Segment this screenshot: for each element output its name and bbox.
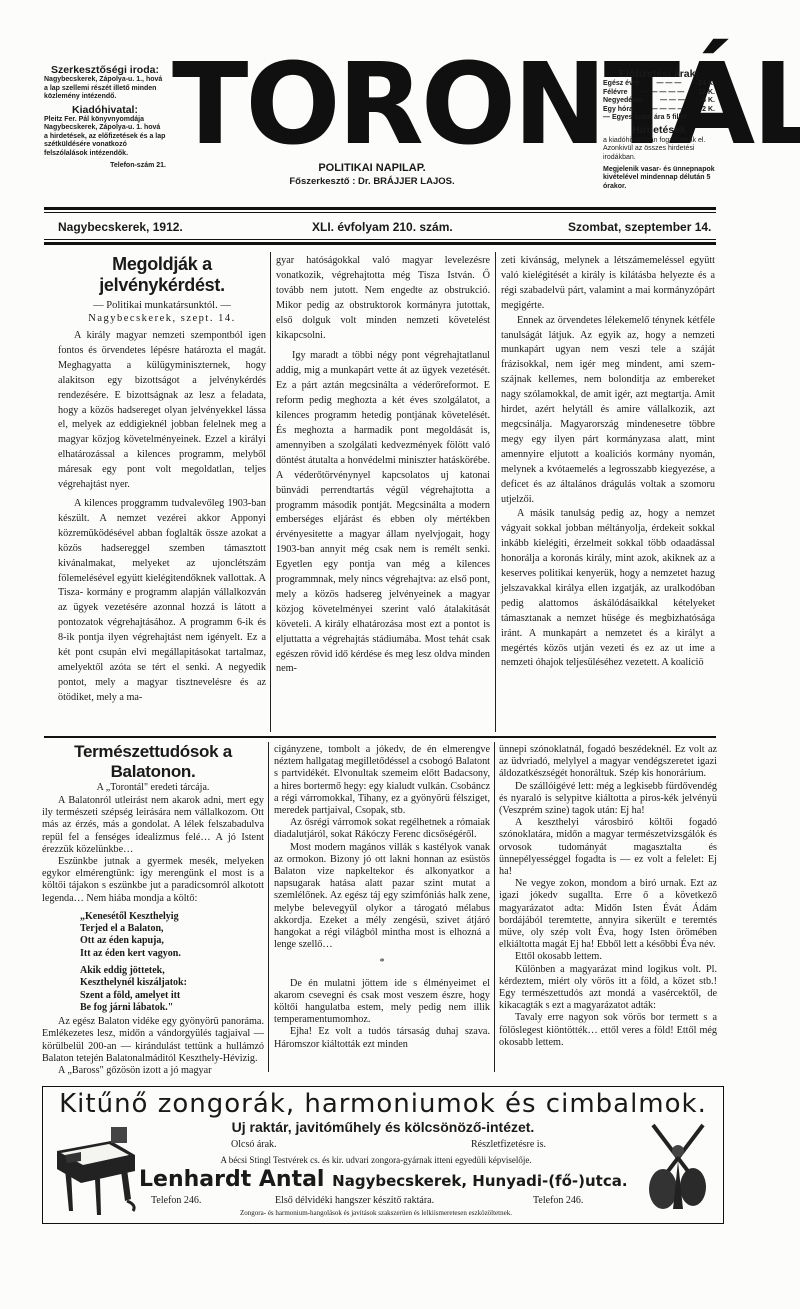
section-rule xyxy=(44,736,716,738)
poem-line: Be fog járni lábatok." xyxy=(80,1002,264,1014)
ad-representative: A bécsi Stingl Testvérek cs. és kir. udv… xyxy=(151,1155,601,1165)
bottom-rule xyxy=(44,242,716,245)
paragraph: Ennek az örvendetes lélekemelő ténynek k… xyxy=(501,314,715,508)
paragraph: A király magyar nemzeti szempontból igen… xyxy=(58,329,266,493)
price-value: 6 K. xyxy=(702,97,715,105)
subscription-heading: Előfizetési árak: xyxy=(603,70,715,78)
price-dash: — — — — — xyxy=(642,89,685,97)
column-divider xyxy=(270,252,271,732)
poem-line: Itt az éden kert vagyon. xyxy=(80,948,264,960)
paragraph: Ne vegye zokon, mondom a biró urnak. Ezt… xyxy=(499,878,717,951)
ad-firm-address: Nagybecskerek, Hunyadi-(fő-)utca. xyxy=(332,1172,627,1190)
publisher-office-heading: Kiadóhivatal: xyxy=(44,106,166,114)
paragraph: A „Baross" gőzösön izott a jó magyar xyxy=(42,1065,264,1077)
paragraph: A másik tanulság pedig az, hogy a nemzet… xyxy=(501,507,715,671)
price-value: 12 K. xyxy=(698,89,715,97)
advertisement-box: Kitűnő zongorák, harmoniumok és cimbalmo… xyxy=(42,1086,724,1224)
poem-line: Szent a föld, amelyet itt xyxy=(80,990,264,1002)
ad-footer: Zongora- és harmonium-hangolások és javi… xyxy=(151,1209,601,1217)
paragraph: Eszünkbe jutnak a gyermek mesék, melyeke… xyxy=(42,856,264,905)
ad-firm-name: Lenhardt Antal xyxy=(139,1167,324,1192)
piano-icon xyxy=(51,1121,139,1217)
price-dash: — — — xyxy=(660,97,685,105)
price-row: Egy hóra— — — —2 K. xyxy=(603,106,715,114)
ad-firm: Lenhardt Antal Nagybecskerek, Hunyadi-(f… xyxy=(139,1167,619,1192)
article-headline: Megoldják a jelvénykérdést. xyxy=(58,254,266,296)
top-rule xyxy=(44,207,716,210)
column-divider xyxy=(494,742,495,1072)
ad-title: Kitűnő zongorák, harmoniumok és cimbalmo… xyxy=(43,1089,723,1119)
paragraph: Igy maradt a többi négy pont végrehajtat… xyxy=(276,349,490,677)
bottom-rule-thin xyxy=(44,239,716,240)
paragraph: Tavaly erre nagyon sok vörös bor termett… xyxy=(499,1012,717,1049)
ad-tagline: Első délvidéki hangszer készitő raktára. xyxy=(275,1195,434,1206)
subscription-box: Előfizetési árak: Egész évre— — —24 K. F… xyxy=(603,70,715,195)
column-divider xyxy=(268,742,269,1072)
ads-heading: Hirdetések xyxy=(603,126,715,134)
poem: „Kenesétől Keszthelyig Terjed el a Balat… xyxy=(42,911,264,1014)
poem-line: Keszthelynél kiszáljatok: xyxy=(80,977,264,989)
paragraph: zeti kivánság, melynek a létszámemelésse… xyxy=(501,254,715,314)
editorial-office-box: Szerkesztőségi iroda: Nagybecskerek, Záp… xyxy=(44,66,166,174)
poem-line: Ott az éden kapuja, xyxy=(80,935,264,947)
paragraph: Ettől okosabb lettem. xyxy=(499,951,717,963)
paragraph: A Balatonról utleirást nem akarok adni, … xyxy=(42,795,264,856)
section-separator: * xyxy=(274,957,490,969)
ad-phone-left: Telefon 246. xyxy=(151,1195,201,1206)
price-dash: — — — — xyxy=(651,106,685,114)
paragraph: Most modern magános villák s kastélyok v… xyxy=(274,842,490,952)
paragraph: Ejha! Ez volt a tudós társaság duhaj sza… xyxy=(274,1026,490,1050)
article-jelveny-col2: gyar hatóságokkal való magyar levelezésr… xyxy=(276,254,490,677)
price-label: Félévre xyxy=(603,89,628,97)
poem-line: Terjed el a Balaton, xyxy=(80,923,264,935)
price-row: Egész évre— — —24 K. xyxy=(603,80,715,88)
article-placedate: Nagybecskerek, szept. 14. xyxy=(58,313,266,324)
dateline-place-year: Nagybecskerek, 1912. xyxy=(58,220,183,234)
price-row: Félévre— — — — —12 K. xyxy=(603,89,715,97)
article-balaton-col3: ünnepi szónoklatnál, fogadó beszédeknél.… xyxy=(499,744,717,1049)
dateline-issue: XLI. évfolyam 210. szám. xyxy=(312,220,453,234)
article-balaton-col1: Természettudósok a Balatonon. A „Torontá… xyxy=(42,742,264,1077)
masthead-logo-block: TORONTÁL POLITIKAI NAPILAP. Főszerkesztő… xyxy=(172,50,572,187)
paragraph: De én mulatni jöttem ide s élményeimet e… xyxy=(274,978,490,1027)
ad-phone-right: Telefon 246. xyxy=(533,1195,583,1206)
article-balaton-col2: cigányzene, tombolt a jókedv, de én elme… xyxy=(274,744,490,1051)
paragraph: gyar hatóságokkal való magyar levelezésr… xyxy=(276,254,490,343)
ad-subtitle: Uj raktár, javitóműhely és kölcsönöző-in… xyxy=(43,1119,723,1135)
price-value: 24 K. xyxy=(698,80,715,88)
paragraph: cigányzene, tombolt a jókedv, de én elme… xyxy=(274,744,490,817)
poem-line: Akik eddig jöttetek, xyxy=(80,965,264,977)
publisher-office-text: Pleitz Fer. Pál könyvnyomdája Nagybecske… xyxy=(44,116,166,158)
price-label: Egy hóra xyxy=(603,106,633,114)
single-issue-price: — Egyes szám ára 5 fillér xyxy=(603,114,715,122)
ad-installments: Részletfizetésre is. xyxy=(471,1139,546,1150)
price-label: Egész évre xyxy=(603,80,640,88)
article-byline: A „Torontál" eredeti tárcája. xyxy=(42,782,264,793)
paragraph: De szállóigévé lett: még a legkisebb für… xyxy=(499,781,717,818)
paragraph: Az ősrégi várromok sokat regélhetnek a r… xyxy=(274,817,490,841)
article-jelveny-col3: zeti kivánság, melynek a létszámemelésse… xyxy=(501,254,715,671)
paragraph: A kilences proggramm tudvalevőleg 1903-b… xyxy=(58,497,266,706)
newspaper-title: TORONTÁL xyxy=(172,50,572,160)
instruments-icon xyxy=(643,1121,713,1217)
article-byline: — Politikai munkatársunktól. — xyxy=(58,300,266,311)
ads-text: a kiadóhivatalban fogadtatnak el. Azonki… xyxy=(603,137,715,162)
publication-schedule: Megjelenik vasar- és ünnepnapok kivételé… xyxy=(603,166,715,191)
paragraph: Az egész Balaton vidéke egy gyönyörü pan… xyxy=(42,1016,264,1065)
article-headline: Természettudósok a Balatonon. xyxy=(42,742,264,782)
editor-in-chief: Főszerkesztő : Dr. BRÁJJER LAJOS. xyxy=(172,176,572,187)
price-dash: — — — xyxy=(656,80,681,88)
ad-cheap-prices: Olcsó árak. xyxy=(231,1139,277,1150)
top-rule-thin xyxy=(44,212,716,213)
price-value: 2 K. xyxy=(702,106,715,114)
address-line: Nagybecskerek, Zápolya-u. 1., xyxy=(44,76,144,83)
price-row: Negyedévre— — —6 K. xyxy=(603,97,715,105)
poem-line: „Kenesétől Keszthelyig xyxy=(80,911,264,923)
paragraph: A keszthelyi városbiró költői fogadó szó… xyxy=(499,817,717,878)
article-jelveny-col1: Megoldják a jelvénykérdést. — Politikai … xyxy=(58,254,266,706)
paragraph: ünnepi szónoklatnál, fogadó beszédeknél.… xyxy=(499,744,717,781)
price-label: Negyedévre xyxy=(603,97,643,105)
paragraph: Különben a magyarázat mind logikus volt.… xyxy=(499,964,717,1013)
editorial-office-address: Nagybecskerek, Zápolya-u. 1., hová a lap… xyxy=(44,76,166,101)
column-divider xyxy=(495,252,496,732)
dateline-date: Szombat, szeptember 14. xyxy=(568,220,711,234)
editorial-office-heading: Szerkesztőségi iroda: xyxy=(44,66,166,74)
phone-number: Telefon-szám 21. xyxy=(44,162,166,170)
